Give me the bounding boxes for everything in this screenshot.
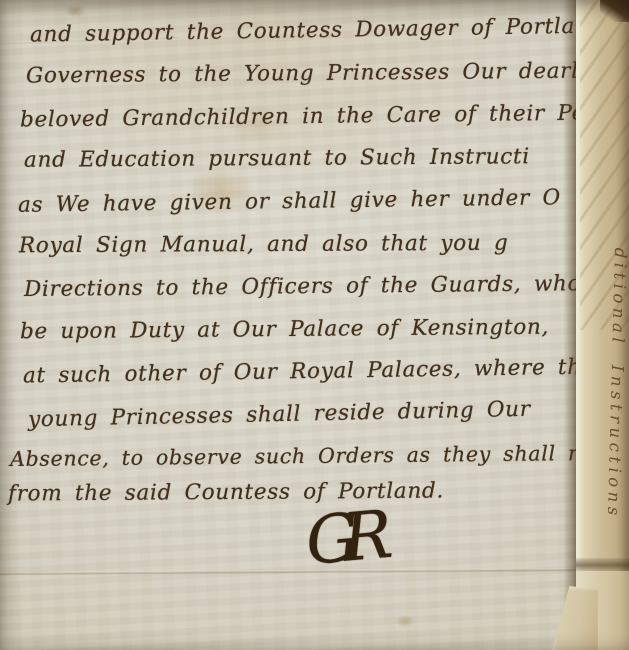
manuscript-page: and support the Countess Dowager of Port… xyxy=(0,0,629,650)
manuscript-line: as We have given or shall give her under… xyxy=(18,185,561,218)
manuscript-line: Royal Sign Manual, and also that you g xyxy=(19,231,509,259)
royal-monogram-signature: GR xyxy=(303,497,380,580)
manuscript-line: Governess to the Young Princesses Our de… xyxy=(26,59,592,89)
manuscript-line: from the said Countess of Portland. xyxy=(8,478,444,506)
manuscript-line: at such other of Our Royal Palaces, wher… xyxy=(23,355,596,389)
manuscript-line: Absence, to observe such Orders as they … xyxy=(10,441,592,471)
manuscript-line: and support the Countess Dowager of Port… xyxy=(30,13,604,47)
manuscript-line: beloved Grandchildren in the Care of the… xyxy=(20,100,596,132)
manuscript-line: Directions to the Officers of the Guards… xyxy=(24,271,606,302)
manuscript-photo: and support the Countess Dowager of Port… xyxy=(0,0,629,650)
manuscript-line: and Education pursuant to Such Instructi xyxy=(24,144,530,173)
manuscript-line: be upon Duty at Our Palace of Kensington… xyxy=(20,315,549,345)
fold-shadow xyxy=(563,0,576,650)
dark-corner-shadow xyxy=(600,0,629,22)
manuscript-line: young Princesses shall reside during Our xyxy=(28,397,531,433)
